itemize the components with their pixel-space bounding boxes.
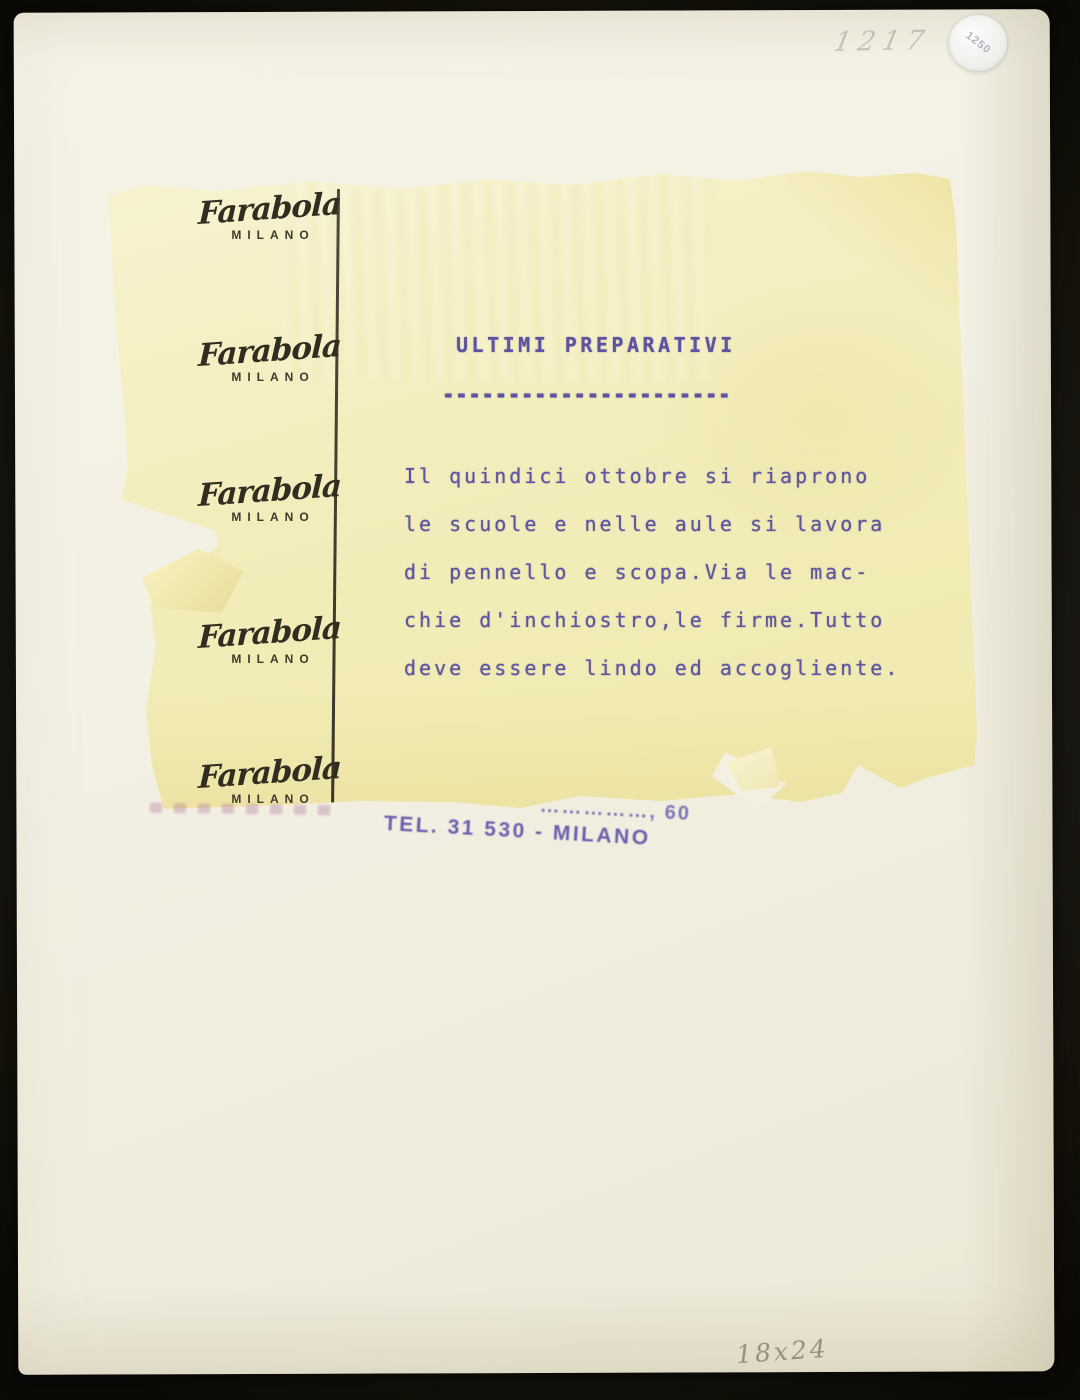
- caption-slip: Farabola MILANO Farabola MILANO Farabola…: [100, 165, 980, 825]
- archive-sticker: 1250: [949, 15, 1007, 71]
- slip-vignette: [100, 165, 980, 825]
- pencil-number-top-right: 1217: [831, 25, 934, 58]
- paper-shading-bottom: [18, 1281, 1054, 1375]
- archive-sticker-number: 1250: [963, 30, 993, 57]
- photo-verso-scene: ……………, 60 TEL. 31 530 - MILANO Farabola …: [0, 0, 1080, 1400]
